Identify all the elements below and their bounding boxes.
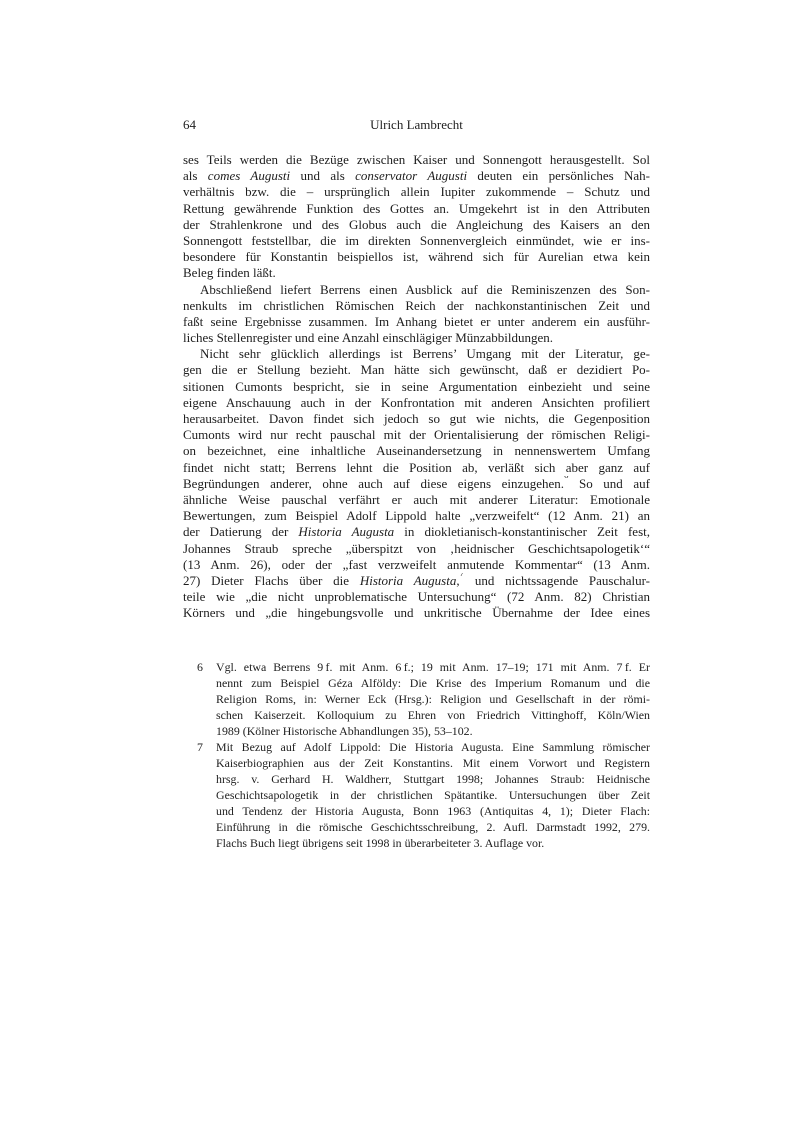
text-line: verhältnis bzw. die – ursprünglich allei… (183, 184, 650, 200)
text-line: der Datierung der Historia Augusta in di… (183, 524, 650, 540)
text-line: 1989 (Kölner Historische Abhandlungen 35… (216, 723, 650, 739)
text-line: nennt zum Beispiel Géza Alföldy: Die Kri… (216, 675, 650, 691)
footnotes: 6Vgl. etwa Berrens 9 f. mit Anm. 6 f.; 1… (183, 659, 650, 851)
paragraph: Nicht sehr glücklich allerdings ist Berr… (183, 346, 650, 621)
text-line: Kaiserbiographien aus der Zeit Konstanti… (216, 755, 650, 771)
paragraph: Abschließend liefert Berrens einen Ausbl… (183, 282, 650, 347)
italic-text: Historia Augusta (360, 573, 457, 588)
text-line: Sonnengott feststellbar, die im direkten… (183, 233, 650, 249)
text-line: sitionen Cumonts bespricht, sie in seine… (183, 379, 650, 395)
text-line: schen Kaiserzeit. Kolloquium zu Ehren vo… (216, 707, 650, 723)
text-line: Geschichtsapologetik in der christlichen… (216, 787, 650, 803)
text-line: Mit Bezug auf Adolf Lippold: Die Histori… (216, 739, 650, 755)
text-line: findet nicht statt; Berrens lehnt die Po… (183, 460, 650, 476)
text-line: faßt seine Ergebnisse zusammen. Im Anhan… (183, 314, 650, 330)
footnote-number: 6 (197, 659, 203, 675)
text-line: 27) Dieter Flachs über die Historia Augu… (183, 573, 650, 589)
text-line: Bewertungen, zum Beispiel Adolf Lippold … (183, 508, 650, 524)
text-line: teile wie „die nicht unproblematische Un… (183, 589, 650, 605)
running-title: Ulrich Lambrecht (183, 117, 650, 133)
text-line: Einführung in die römische Geschichtssch… (216, 819, 650, 835)
text-line: hrsg. v. Gerhard H. Waldherr, Stuttgart … (216, 771, 650, 787)
footnote: 6Vgl. etwa Berrens 9 f. mit Anm. 6 f.; 1… (183, 659, 650, 739)
italic-text: comes Augusti (208, 168, 290, 183)
text-line: on bezeichnet, eine inhaltliche Auseinan… (183, 443, 650, 459)
text-line: als comes Augusti und als conservator Au… (183, 168, 650, 184)
running-head: 64 Ulrich Lambrecht (183, 117, 650, 133)
text-line: Nicht sehr glücklich allerdings ist Berr… (183, 346, 650, 362)
italic-text: Historia Augusta (298, 524, 394, 539)
text-line: (13 Anm. 26), oder der „fast verzweifelt… (183, 557, 650, 573)
text-line: Begründungen anderer, ohne auch auf dies… (183, 476, 650, 492)
text-line: Vgl. etwa Berrens 9 f. mit Anm. 6 f.; 19… (216, 659, 650, 675)
text-line: Cumonts wird nur recht pauschal mit der … (183, 427, 650, 443)
text-line: ähnliche Weise pauschal verfährt er auch… (183, 492, 650, 508)
footnote-reference: 6 (564, 476, 568, 481)
body-text: ses Teils werden die Bezüge zwischen Kai… (183, 152, 650, 621)
paragraph: ses Teils werden die Bezüge zwischen Kai… (183, 152, 650, 282)
text-line: Flachs Buch liegt übrigens seit 1998 in … (216, 835, 650, 851)
document-page: 64 Ulrich Lambrecht ses Teils werden die… (0, 0, 800, 1131)
text-line: gen die er Stellung bezieht. Man hätte s… (183, 362, 650, 378)
text-line: und Tendenz der Historia Augusta, Bonn 1… (216, 803, 650, 819)
footnote-number: 7 (197, 739, 203, 755)
italic-text: conservator Augusti (355, 168, 467, 183)
text-line: Körners und „die hingebungsvolle und unk… (183, 605, 650, 621)
text-line: ses Teils werden die Bezüge zwischen Kai… (183, 152, 650, 168)
text-line: Rettung gewährende Funktion des Gottes a… (183, 201, 650, 217)
text-line: besondere für Konstantin beispiellos ist… (183, 249, 650, 265)
text-line: Abschließend liefert Berrens einen Ausbl… (183, 282, 650, 298)
footnote: 7Mit Bezug auf Adolf Lippold: Die Histor… (183, 739, 650, 851)
text-line: nenkults im christlichen Römischen Reich… (183, 298, 650, 314)
text-line: der Strahlenkrone und des Globus auch di… (183, 217, 650, 233)
text-line: liches Stellenregister und eine Anzahl e… (183, 330, 650, 346)
page-number: 64 (183, 117, 196, 133)
text-line: Religion Roms, in: Werner Eck (Hrsg.): R… (216, 691, 650, 707)
text-line: Beleg finden läßt. (183, 265, 650, 281)
text-line: Johannes Straub spreche „überspitzt von … (183, 541, 650, 557)
text-line: herausarbeitet. Davon findet sich jedoch… (183, 411, 650, 427)
text-line: eigene Anschauung auch in der Konfrontat… (183, 395, 650, 411)
footnote-reference: 7 (460, 573, 464, 578)
